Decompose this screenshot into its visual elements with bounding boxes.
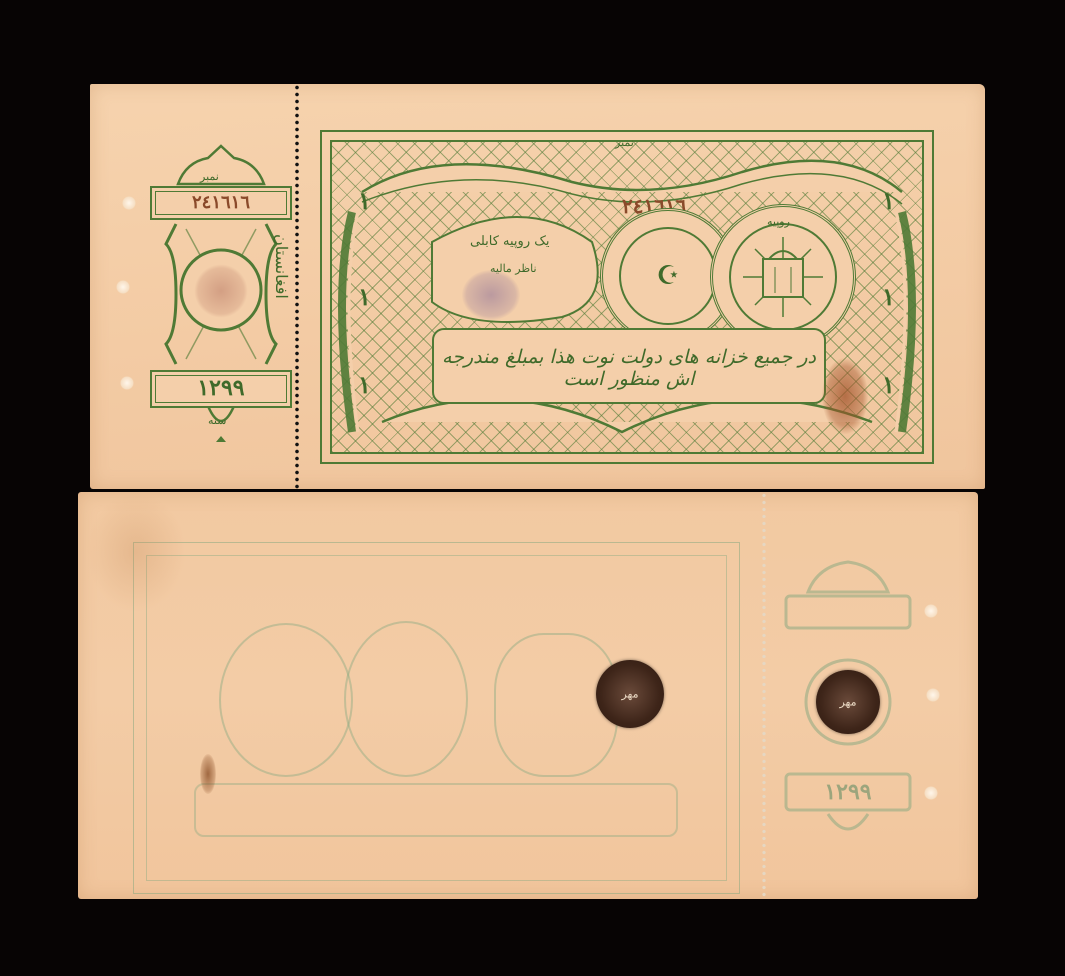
stub-vertical-text: افغانستان — [272, 234, 291, 299]
pin-hole — [120, 376, 134, 390]
pin-hole — [116, 280, 130, 294]
stub-serial-label: نمبر — [200, 170, 219, 183]
seal-stamp: مهر — [816, 670, 880, 734]
seal-text: مهر — [816, 697, 880, 708]
denomination-numeral: ١ — [882, 282, 895, 311]
faint-tughra-medallion — [344, 621, 468, 777]
faint-emblem-medallion — [219, 623, 353, 777]
pin-hole — [924, 786, 938, 800]
inscription-cartouche: در جمیع خزانه های دولت نوت هذا بمبلغ مند… — [432, 328, 826, 404]
seal-stamp: مهر — [596, 660, 664, 728]
stub-serial-box: ٢٤١٦١٦ — [150, 186, 292, 220]
pin-hole — [122, 196, 136, 210]
national-emblem-icon — [713, 207, 853, 347]
denomination-numeral: ١ — [358, 370, 371, 399]
red-stamp — [194, 264, 248, 318]
seal-text: مهر — [596, 689, 664, 700]
stub-year-box: ١٢٩٩ — [150, 370, 292, 408]
stain-mark — [822, 358, 868, 434]
denomination-numeral: ١ — [358, 282, 371, 311]
pin-hole — [924, 604, 938, 618]
stub-year-label: سنه — [208, 414, 226, 427]
banknote-obverse: نمبر ٢٤١٦١٦ ١٢٩٩ سنه افغانستان نمبر ٢٤١٦… — [90, 84, 985, 489]
faint-inscription-cartouche — [194, 783, 678, 837]
stub-serial-number: ٢٤١٦١٦ — [152, 188, 290, 218]
promise-inscription: در جمیع خزانه های دولت نوت هذا بمبلغ مند… — [434, 346, 824, 390]
stub-year: ١٢٩٩ — [152, 372, 290, 404]
water-stain — [86, 492, 186, 612]
banknote-reverse: مهر ١٢٩٩ مهر — [78, 492, 978, 899]
stain-mark — [200, 754, 216, 794]
denomination-numeral: ١ — [882, 370, 895, 399]
faint-stub-year: ١٢٩٩ — [786, 776, 910, 808]
serial-label: نمبر — [615, 136, 634, 149]
perforation-line — [295, 84, 299, 489]
reverse-counterfoil-stub: ١٢٩٩ مهر — [778, 552, 918, 852]
denomination-text: یک روپیه کابلی — [470, 234, 550, 249]
pin-hole — [926, 688, 940, 702]
purple-stamp — [462, 270, 520, 320]
denomination-numeral: ١ — [358, 186, 371, 215]
perforation-line — [762, 492, 766, 899]
note-border-frame: نمبر ٢٤١٦١٦ یک روپیه کابلی ناظر مالیه ☪ … — [320, 130, 934, 464]
denomination-numeral: ١ — [882, 186, 895, 215]
emblem-caption: روپیه — [767, 215, 790, 228]
